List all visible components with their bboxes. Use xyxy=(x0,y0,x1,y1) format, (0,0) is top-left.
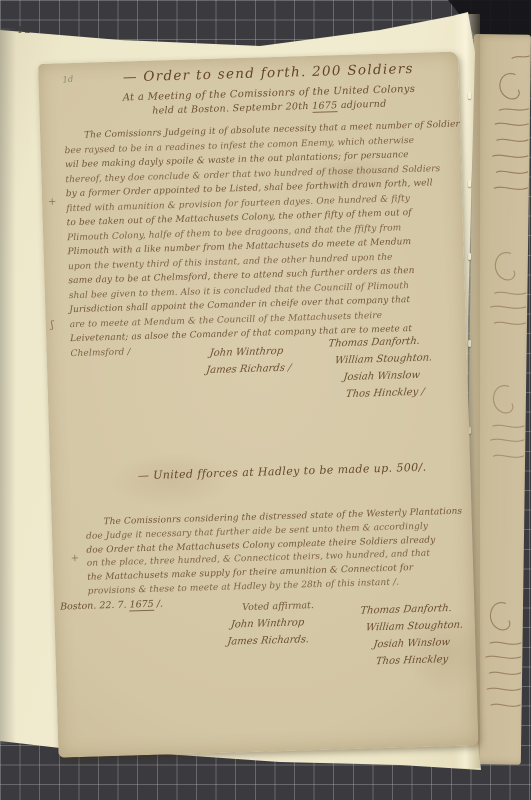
archival-photo: 1d 1d — Order to send forth. 200 Soldier… xyxy=(0,0,531,800)
folio-label: 1d xyxy=(17,24,31,36)
binding-stitch xyxy=(468,340,471,347)
signature: James Richards / xyxy=(205,360,292,380)
meeting-date-post: adjournd xyxy=(337,99,386,111)
order1-title: — Order to send forth. 200 Soldiers xyxy=(86,60,450,87)
dateline-post: /. xyxy=(154,599,164,610)
binding-stitch xyxy=(468,180,471,187)
order2-body: The Comissionrs considering the distress… xyxy=(85,505,475,599)
signature: Thos Hinckley / xyxy=(345,383,434,403)
dateline-year: 1675 xyxy=(129,599,154,612)
margin-long-s-mark: ʃ xyxy=(51,320,54,331)
pencil-folio-mark: 1d xyxy=(62,75,74,86)
order2-voted-note: Voted affirmat. xyxy=(242,600,314,613)
order2-signatures-right: Thomas Danforth. William Stoughton. Josi… xyxy=(360,600,464,671)
order1-signatures-left: John Winthrop James Richards / xyxy=(209,343,291,379)
facing-page-writing-fragment xyxy=(474,52,530,203)
margin-cross-mark: + xyxy=(48,197,57,208)
order1-signatures-right: Thomas Danforth. William Stoughton. Josi… xyxy=(328,332,433,403)
manuscript-page: 1d — Order to send forth. 200 Soldiers A… xyxy=(38,52,478,758)
order2-signatures-left: John Winthrop James Richards. xyxy=(230,614,309,650)
binding-stitch xyxy=(468,92,471,99)
order2-dateline: Boston. 22. 7. 1675 /. xyxy=(60,599,163,613)
order1-body: The Comissionrs Judgeing it of absolute … xyxy=(64,118,465,362)
meeting-date-pre: held at Boston. Septembr 20th xyxy=(152,101,312,117)
binding-stitch xyxy=(468,253,471,260)
meeting-year: 1675 xyxy=(312,100,338,113)
margin-cross-mark: + xyxy=(71,553,80,564)
signature: Thos Hinckley xyxy=(375,651,465,671)
dateline-pre: Boston. 22. 7. xyxy=(60,600,130,613)
order2-title: — United fforces at Hadley to be made up… xyxy=(90,459,474,483)
facing-page-writing-fragment xyxy=(472,239,527,340)
signature: James Richards. xyxy=(226,631,310,650)
page-edge-shadow xyxy=(0,28,16,744)
